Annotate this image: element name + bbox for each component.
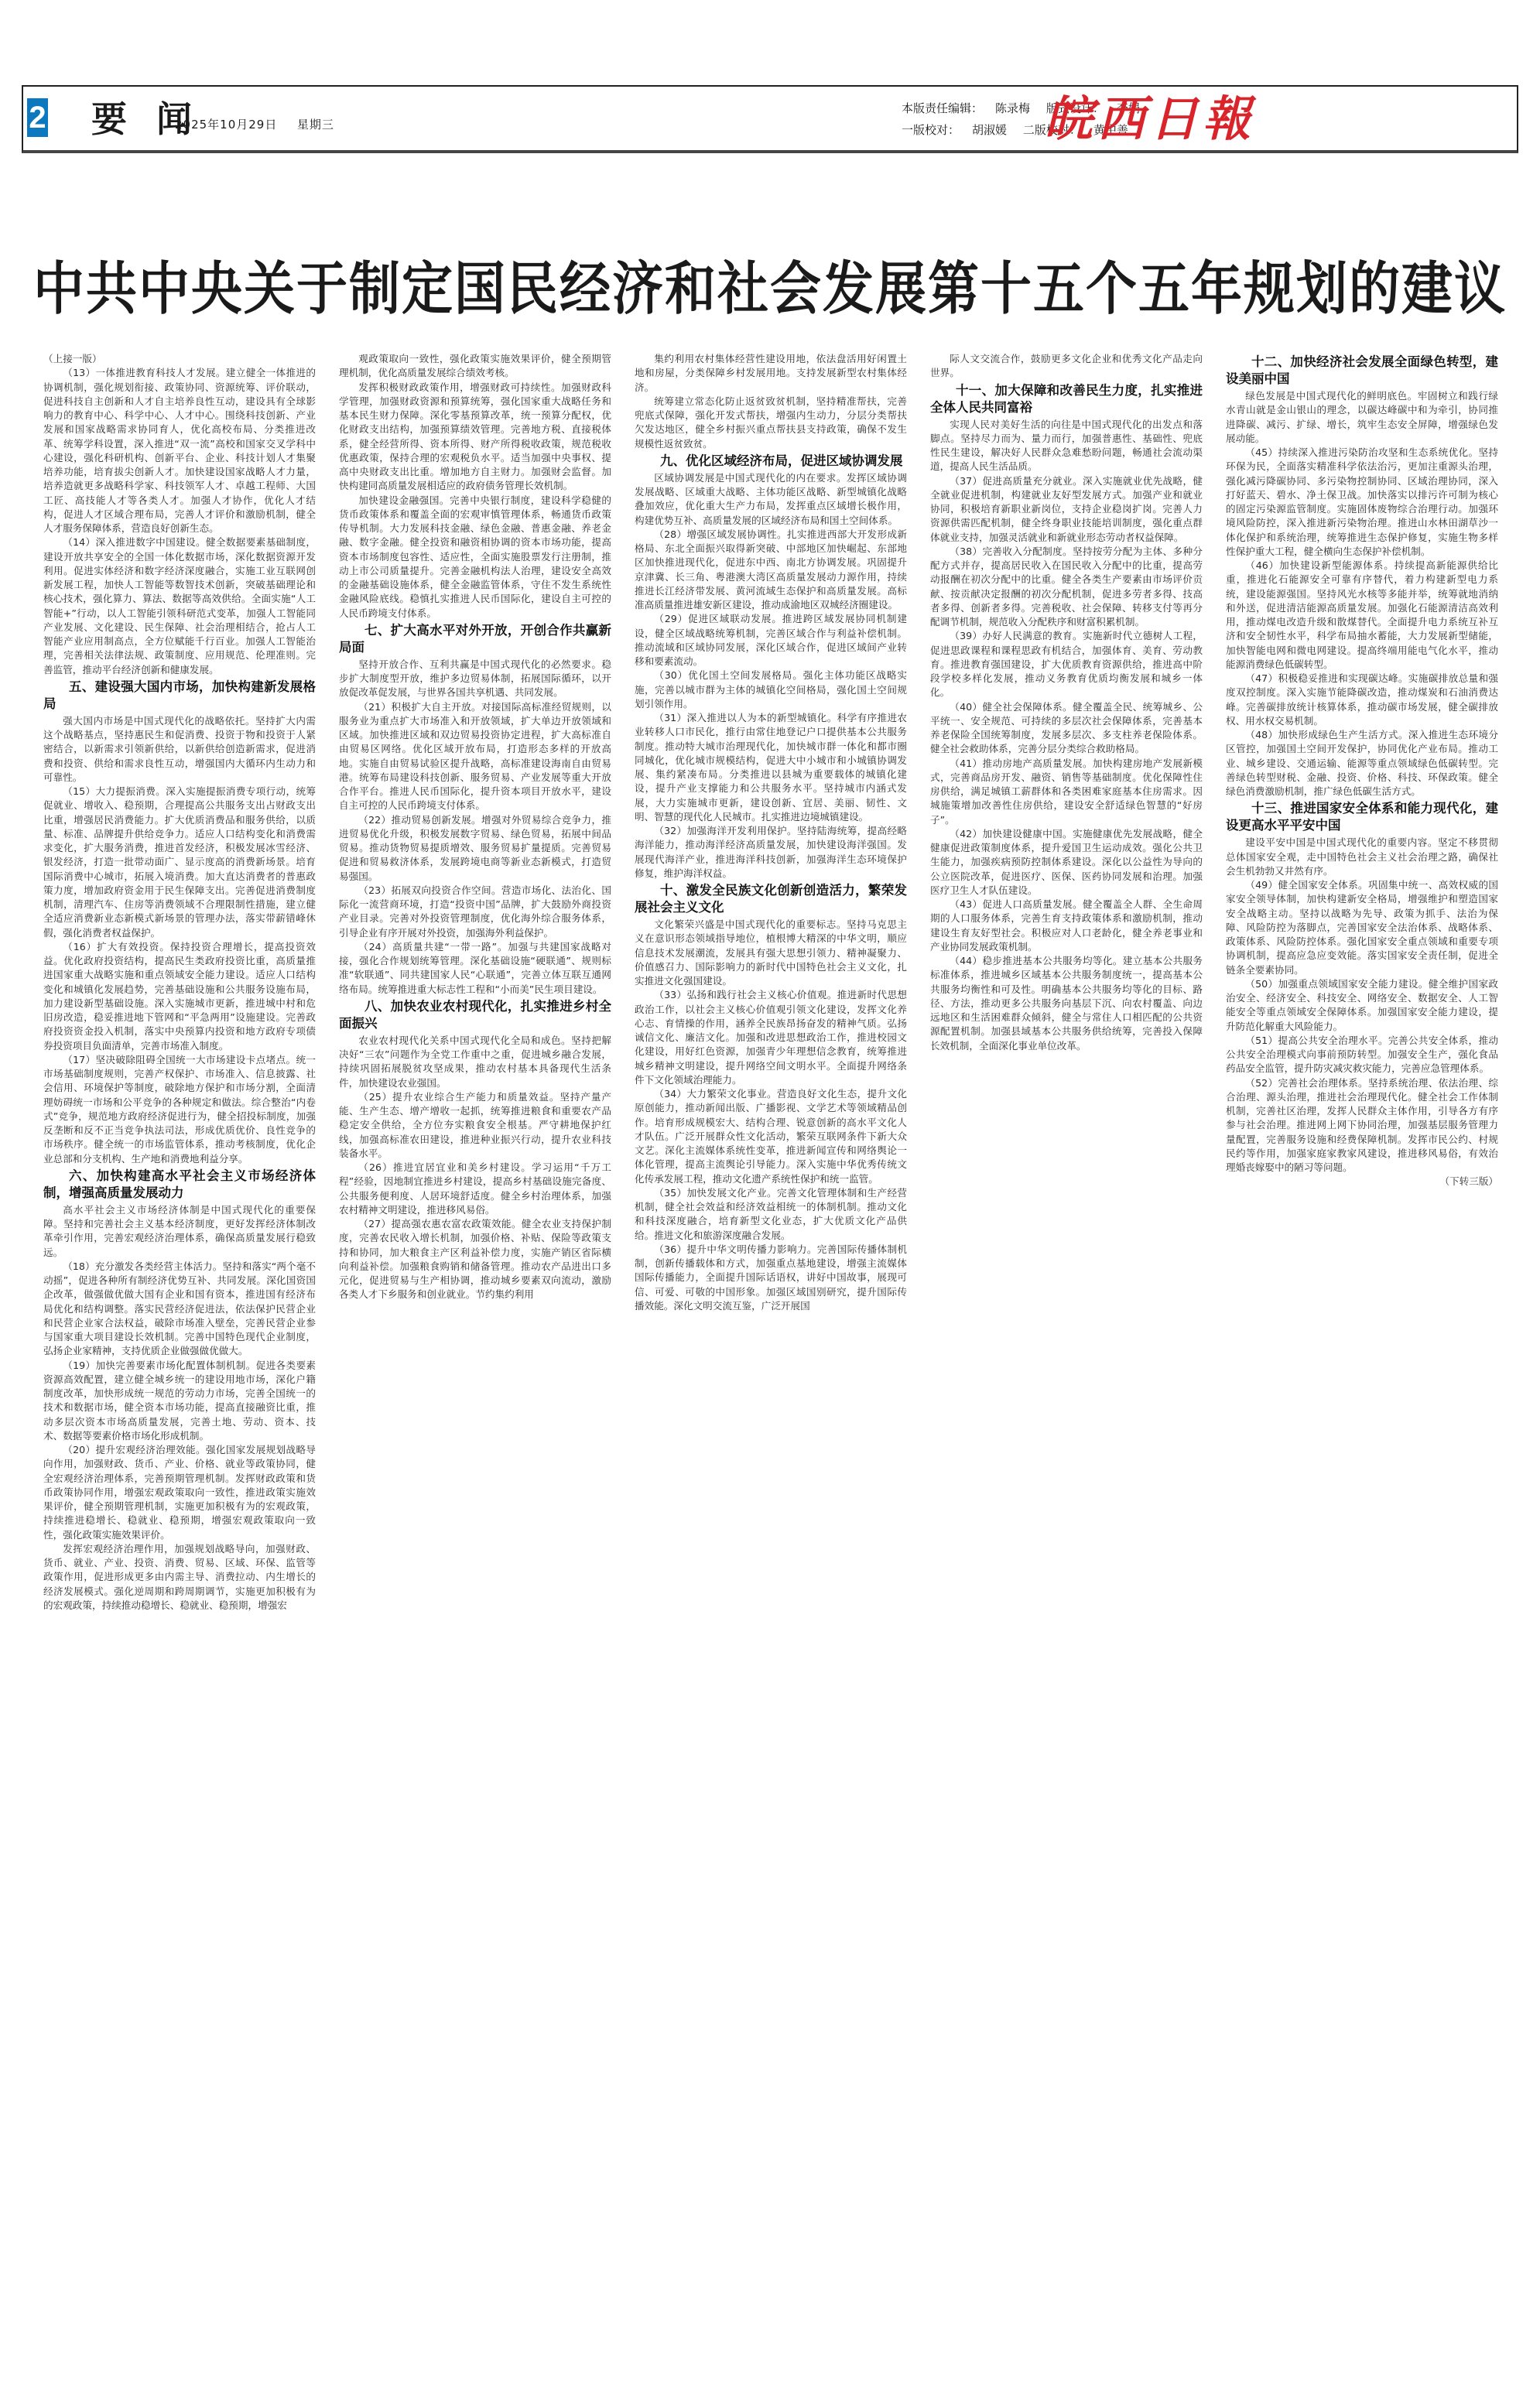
paragraph: （27）提高强农惠农富农政策效能。健全农业支持保护制度，完善农民收入增长机制，加… [339, 1217, 611, 1302]
continued-note: （下转三版） [1226, 1175, 1498, 1189]
credit-proof-1: 一版校对：胡淑媛 [902, 123, 1007, 137]
paragraph: （16）扩大有效投资。保持投资合理增长，提高投资效益。优化政府投资结构，提高民生… [43, 940, 316, 1053]
section-heading: 十二、加快经济社会发展全面绿色转型，建设美丽中国 [1226, 354, 1498, 388]
paragraph: 发挥积极财政政策作用，增强财政可持续性。加强财政科学管理，加强财政资源和预算统筹… [339, 381, 611, 494]
section-heading: 八、加快农业农村现代化，扎实推进乡村全面振兴 [339, 998, 611, 1032]
section-heading: 十、激发全民族文化创新创造活力，繁荣发展社会主义文化 [635, 882, 907, 916]
paragraph: （46）加快建设新型能源体系。持续提高新能源供给比重，推进化石能源安全可靠有序替… [1226, 559, 1498, 672]
article-body: （上接一版）（13）一体推进教育科技人才发展。建立健全一体推进的协调机制，强化规… [43, 352, 1498, 2341]
paragraph: （47）积极稳妥推进和实现碳达峰。实施碳排放总量和强度双控制度。深入实施节能降碳… [1226, 672, 1498, 728]
page-number-badge: 2 [27, 98, 48, 137]
paragraph: （30）优化国土空间发展格局。强化主体功能区战略实施，完善以城市群为主体的城镇化… [635, 669, 907, 711]
paragraph: （22）推动贸易创新发展。增强对外贸易综合竞争力，推进贸易优化升级，积极发展数字… [339, 813, 611, 884]
paragraph: （45）持续深入推进污染防治攻坚和生态系统优化。坚持环保为民，全面落实精准科学依… [1226, 446, 1498, 559]
section-heading: 七、扩大高水平对外开放，开创合作共赢新局面 [339, 622, 611, 656]
section-heading: 九、优化区域经济布局，促进区域协调发展 [635, 453, 907, 470]
article-headline: 中共中央关于制定国民经济和社会发展第十五个五年规划的建议 [0, 255, 1540, 324]
column-1: （上接一版）（13）一体推进教育科技人才发展。建立健全一体推进的协调机制，强化规… [43, 352, 316, 2341]
paragraph: （20）提升宏观经济治理效能。强化国家发展规划战略导向作用，加强财政、货币、产业… [43, 1443, 316, 1542]
paragraph: （31）深入推进以人为本的新型城镇化。科学有序推进农业转移人口市民化，推行由常住… [635, 711, 907, 824]
paragraph: 发挥宏观经济治理作用，加强规划战略导向，加强财政、货币、就业、产业、投资、消费、… [43, 1542, 316, 1613]
paragraph: （49）健全国家安全体系。巩固集中统一、高效权威的国家安全领导体制，加快构建新安… [1226, 878, 1498, 977]
paragraph: （13）一体推进教育科技人才发展。建立健全一体推进的协调机制，强化规划衔接、政策… [43, 366, 316, 535]
paragraph: （50）加强重点领域国家安全能力建设。健全维护国家政治安全、经济安全、科技安全、… [1226, 977, 1498, 1034]
paragraph: 高水平社会主义市场经济体制是中国式现代化的重要保障。坚持和完善社会主义基本经济制… [43, 1203, 316, 1260]
paragraph: （44）稳步推进基本公共服务均等化。建立基本公共服务标准体系，推进城乡区域基本公… [930, 954, 1203, 1053]
paragraph: （42）加快建设健康中国。实施健康优先发展战略，健全健康促进政策制度体系，提升爱… [930, 827, 1203, 898]
continuation-note: （上接一版） [43, 352, 316, 366]
paragraph: 际人文交流合作，鼓励更多文化企业和优秀文化产品走向世界。 [930, 352, 1203, 381]
paragraph: （14）深入推进数字中国建设。健全数据要素基础制度，建设开放共享安全的全国一体化… [43, 535, 316, 677]
paragraph: （43）促进人口高质量发展。健全覆盖全人群、全生命周期的人口服务体系，完善生育支… [930, 898, 1203, 954]
paragraph: （28）增强区域发展协调性。扎实推进西部大开发形成新格局、东北全面振兴取得新突破… [635, 528, 907, 613]
paragraph: 观政策取向一致性，强化政策实施效果评价，健全预期管理机制，优化高质量发展综合绩效… [339, 352, 611, 381]
paragraph: 建设平安中国是中国式现代化的重要内容。坚定不移贯彻总体国家安全观，走中国特色社会… [1226, 836, 1498, 878]
column-5: 十二、加快经济社会发展全面绿色转型，建设美丽中国绿色发展是中国式现代化的鲜明底色… [1226, 352, 1498, 2341]
paragraph: （37）促进高质量充分就业。深入实施就业优先战略，健全就业促进机制，构建就业友好… [930, 474, 1203, 545]
date-text: 2025年10月29日 [175, 118, 277, 132]
paragraph: （25）提升农业综合生产能力和质量效益。坚持产量产能、生产生态、增产增收一起抓，… [339, 1090, 611, 1161]
paragraph: 集约利用农村集体经营性建设用地，依法盘活用好闲置土地和房屋，分类保障乡村发展用地… [635, 352, 907, 395]
paragraph: 绿色发展是中国式现代化的鲜明底色。牢固树立和践行绿水青山就是金山银山的理念，以碳… [1226, 389, 1498, 446]
section-heading: 五、建设强大国内市场，加快构建新发展格局 [43, 679, 316, 713]
paragraph: （32）加强海洋开发利用保护。坚持陆海统筹，提高经略海洋能力，推动海洋经济高质量… [635, 824, 907, 881]
paragraph: （23）拓展双向投资合作空间。营造市场化、法治化、国际化一流营商环境，打造“投资… [339, 884, 611, 940]
paragraph: （51）提高公共安全治理水平。完善公共安全体系，推动公共安全治理模式向事前预防转… [1226, 1034, 1498, 1076]
paragraph: （35）加快发展文化产业。完善文化管理体制和生产经营机制，健全社会效益和经济效益… [635, 1186, 907, 1243]
paragraph: （38）完善收入分配制度。坚持按劳分配为主体、多种分配方式并存，提高居民收入在国… [930, 545, 1203, 630]
paragraph: （41）推动房地产高质量发展。加快构建房地产发展新模式，完善商品房开发、融资、销… [930, 757, 1203, 827]
paragraph: （40）健全社会保障体系。健全覆盖全民、统筹城乡、公平统一、安全规范、可持续的多… [930, 700, 1203, 757]
newspaper-logo: 皖西日報 [1045, 91, 1255, 148]
section-heading: 六、加快构建高水平社会主义市场经济体制，增强高质量发展动力 [43, 1168, 316, 1202]
paragraph: 区域协调发展是中国式现代化的内在要求。发挥区域协调发展战略、区域重大战略、主体功… [635, 471, 907, 528]
paragraph: （34）大力繁荣文化事业。营造良好文化生态，提升文化原创能力，推动新闻出版、广播… [635, 1087, 907, 1186]
column-3: 集约利用农村集体经营性建设用地，依法盘活用好闲置土地和房屋，分类保障乡村发展用地… [635, 352, 907, 2341]
paragraph: 坚持开放合作、互利共赢是中国式现代化的必然要求。稳步扩大制度型开放，维护多边贸易… [339, 658, 611, 700]
paragraph: （15）大力提振消费。深入实施提振消费专项行动，统筹促就业、增收入、稳预期，合理… [43, 785, 316, 940]
paragraph: （21）积极扩大自主开放。对接国际高标准经贸规则，以服务业为重点扩大市场准入和开… [339, 700, 611, 813]
column-2: 观政策取向一致性，强化政策实施效果评价，健全预期管理机制，优化高质量发展综合绩效… [339, 352, 611, 2341]
paragraph: （52）完善社会治理体系。坚持系统治理、依法治理、综合治理、源头治理，推进社会治… [1226, 1076, 1498, 1175]
paragraph: （36）提升中华文明传播力影响力。完善国际传播体制机制，创新传播载体和方式，加强… [635, 1243, 907, 1313]
paragraph: 加快建设金融强国。完善中央银行制度，建设科学稳健的货币政策体系和覆盖全面的宏观审… [339, 494, 611, 621]
section-heading: 十一、加大保障和改善民生力度，扎实推进全体人民共同富裕 [930, 382, 1203, 416]
section-heading: 十三、推进国家安全体系和能力现代化，建设更高水平平安中国 [1226, 800, 1498, 834]
paragraph: 农业农村现代化关系中国式现代化全局和成色。坚持把解决好“三农”问题作为全党工作重… [339, 1034, 611, 1090]
paragraph: （33）弘扬和践行社会主义核心价值观。推进新时代思想政治工作，以社会主义核心价值… [635, 988, 907, 1087]
column-4: 际人文交流合作，鼓励更多文化企业和优秀文化产品走向世界。十一、加大保障和改善民生… [930, 352, 1203, 2341]
paragraph: （24）高质量共建“一带一路”。加强与共建国家战略对接，强化合作规划统筹管理。深… [339, 940, 611, 997]
paragraph: （26）推进宜居宜业和美乡村建设。学习运用“千万工程”经验，因地制宜推进乡村建设… [339, 1161, 611, 1217]
paragraph: （18）充分激发各类经营主体活力。坚持和落实“两个毫不动摇”，促进各种所有制经济… [43, 1260, 316, 1359]
paragraph: （29）促进区域联动发展。推进跨区域发展协同机制建设，健全区域战略统筹机制，完善… [635, 612, 907, 669]
paragraph: （19）加快完善要素市场化配置体制机制。促进各类要素资源高效配置，建立健全城乡统… [43, 1359, 316, 1444]
paragraph: （17）坚决破除阻碍全国统一大市场建设卡点堵点。统一市场基础制度规则，完善产权保… [43, 1053, 316, 1166]
issue-date: 2025年10月29日 星期三 [175, 116, 334, 132]
paragraph: 文化繁荣兴盛是中国式现代化的重要标志。坚持马克思主义在意识形态领域指导地位，植根… [635, 918, 907, 988]
paragraph: 统筹建立常态化防止返贫致贫机制，坚持精准帮扶，完善兜底式保障，强化开发式帮扶，增… [635, 395, 907, 451]
masthead: 2 要闻 2025年10月29日 星期三 本版责任编辑：陈录梅 版式设计：李娟 … [22, 85, 1518, 153]
weekday-text: 星期三 [297, 118, 334, 132]
paragraph: （48）加快形成绿色生产生活方式。深入推进生态环境分区管控，加强国土空间开发保护… [1226, 728, 1498, 799]
paragraph: （39）办好人民满意的教育。实施新时代立德树人工程，促进思政课程和课程思政有机结… [930, 629, 1203, 699]
paragraph: 实现人民对美好生活的向往是中国式现代化的出发点和落脚点。坚持尽力而为、量力而行，… [930, 418, 1203, 474]
credit-chief-editor: 本版责任编辑：陈录梅 [902, 101, 1030, 115]
paragraph: 强大国内市场是中国式现代化的战略依托。坚持扩大内需这个战略基点，坚持惠民生和促消… [43, 714, 316, 785]
